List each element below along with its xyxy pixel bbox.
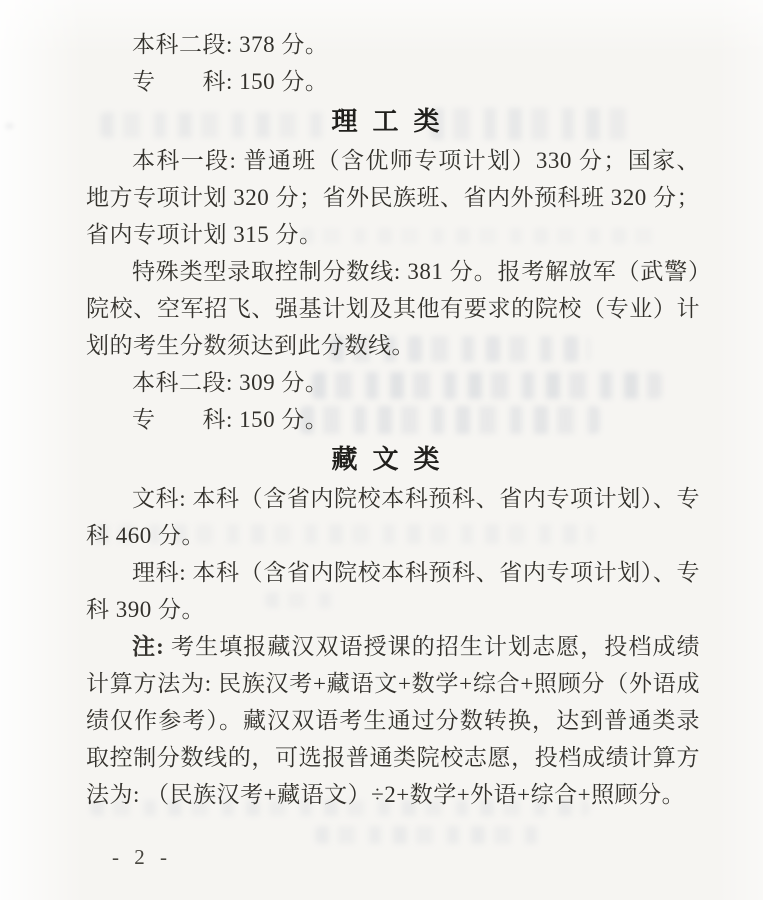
score-line-benke-erduan-ligong: 本科二段: 309 分。 [86,364,700,401]
scan-speck-artifact [2,120,16,132]
bleedthrough-artifact [315,826,540,844]
score-line-benke-erduan-wenke: 本科二段: 378 分。 [86,26,700,63]
score-line-zhuanke-wenke: 专 科: 150 分。 [86,63,700,100]
paragraph-wenke: 文科: 本科（含省内院校本科预科、省内专项计划）、专科 460 分。 [86,480,700,554]
page-number: - 2 - [112,845,172,870]
score-line-zhuanke-ligong: 专 科: 150 分。 [86,401,700,438]
note-body: 考生填报藏汉双语授课的招生计划志愿，投档成绩计算方法为: 民族汉考+藏语文+数学… [86,634,700,807]
paragraph-like: 理科: 本科（含省内院校本科预科、省内专项计划）、专科 390 分。 [86,554,700,628]
paragraph-teshu-leixing: 特殊类型录取控制分数线: 381 分。报考解放军（武警）院校、空军招飞、强基计划… [86,253,700,364]
section-heading-ligong: 理工类 [86,100,700,142]
section-heading-zangwen: 藏文类 [86,438,700,480]
note-paragraph: 注: 考生填报藏汉双语授课的招生计划志愿，投档成绩计算方法为: 民族汉考+藏语文… [86,628,700,813]
note-label: 注: [132,634,164,659]
scanned-document-page: 本科二段: 378 分。 专 科: 150 分。 理工类 本科一段: 普通班（含… [0,0,763,900]
paragraph-benke-yiduan: 本科一段: 普通班（含优师专项计划）330 分；国家、地方专项计划 320 分；… [86,142,700,253]
document-body: 本科二段: 378 分。 专 科: 150 分。 理工类 本科一段: 普通班（含… [86,26,700,813]
